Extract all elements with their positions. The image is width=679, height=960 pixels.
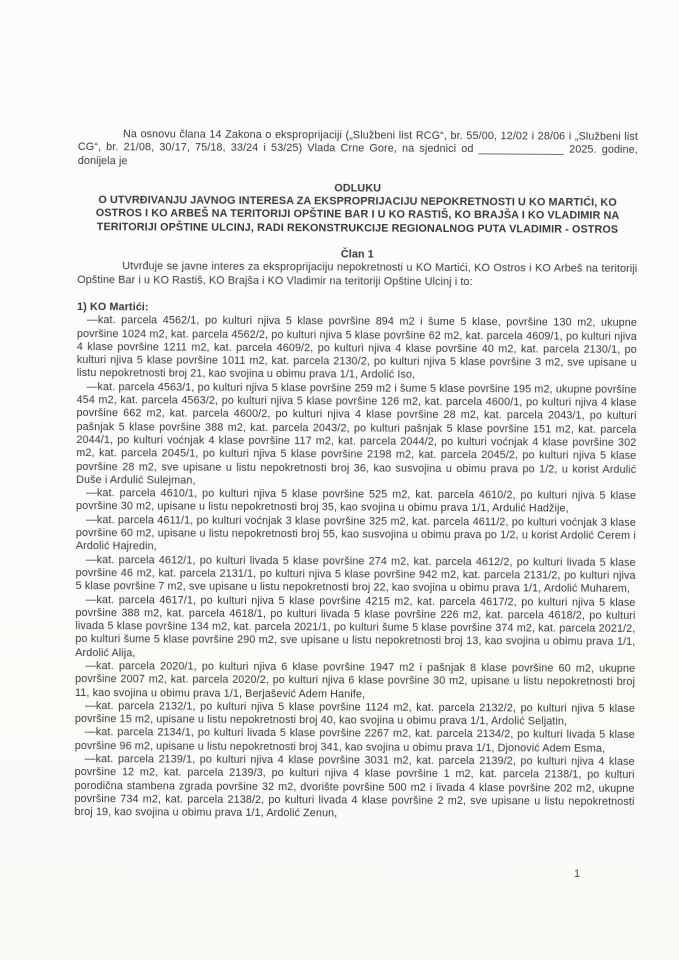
decision-subtitle: O UTVRĐIVANJU JAVNOG INTERESA ZA EKSPROP… [77, 194, 637, 237]
parcel-item: —kat. parcela 2020/1, po kulturi njiva 6… [75, 660, 635, 703]
parcel-item: —kat. parcela 4563/1, po kulturi njiva 5… [76, 381, 637, 490]
page-number: 1 [574, 868, 580, 880]
decision-title-block: ODLUKU O UTVRĐIVANJU JAVNOG INTERESA ZA … [77, 181, 637, 237]
parcel-item: —kat. parcela 2134/1, po kulturi livada … [75, 726, 635, 756]
parcel-item: —kat. parcela 2139/1, po kulturi njiva 4… [74, 753, 634, 822]
parcel-list: —kat. parcela 4562/1, po kulturi njiva 5… [74, 314, 637, 822]
parcel-item: —kat. parcela 4617/1, po kulturi njiva 5… [75, 593, 635, 662]
document-page: Na osnovu člana 14 Zakona o eksproprijac… [0, 0, 679, 960]
parcel-item: —kat. parcela 4611/1, po kulturi voćnjak… [76, 514, 636, 557]
article-1-intro: Utvrđuje se javne interes za eksproprija… [77, 260, 637, 290]
parcel-item: —kat. parcela 4562/1, po kulturi njiva 5… [77, 314, 637, 383]
preamble-paragraph: Na osnovu člana 14 Zakona o eksproprijac… [78, 128, 638, 171]
parcel-item: —kat. parcela 4610/1, po kulturi njiva 5… [76, 487, 636, 517]
parcel-item: —kat. parcela 2132/1, po kulturi njiva 5… [75, 700, 635, 730]
document-content: Na osnovu člana 14 Zakona o eksproprijac… [74, 128, 638, 822]
parcel-item: —kat. parcela 4612/1, po kulturi livada … [76, 554, 636, 597]
